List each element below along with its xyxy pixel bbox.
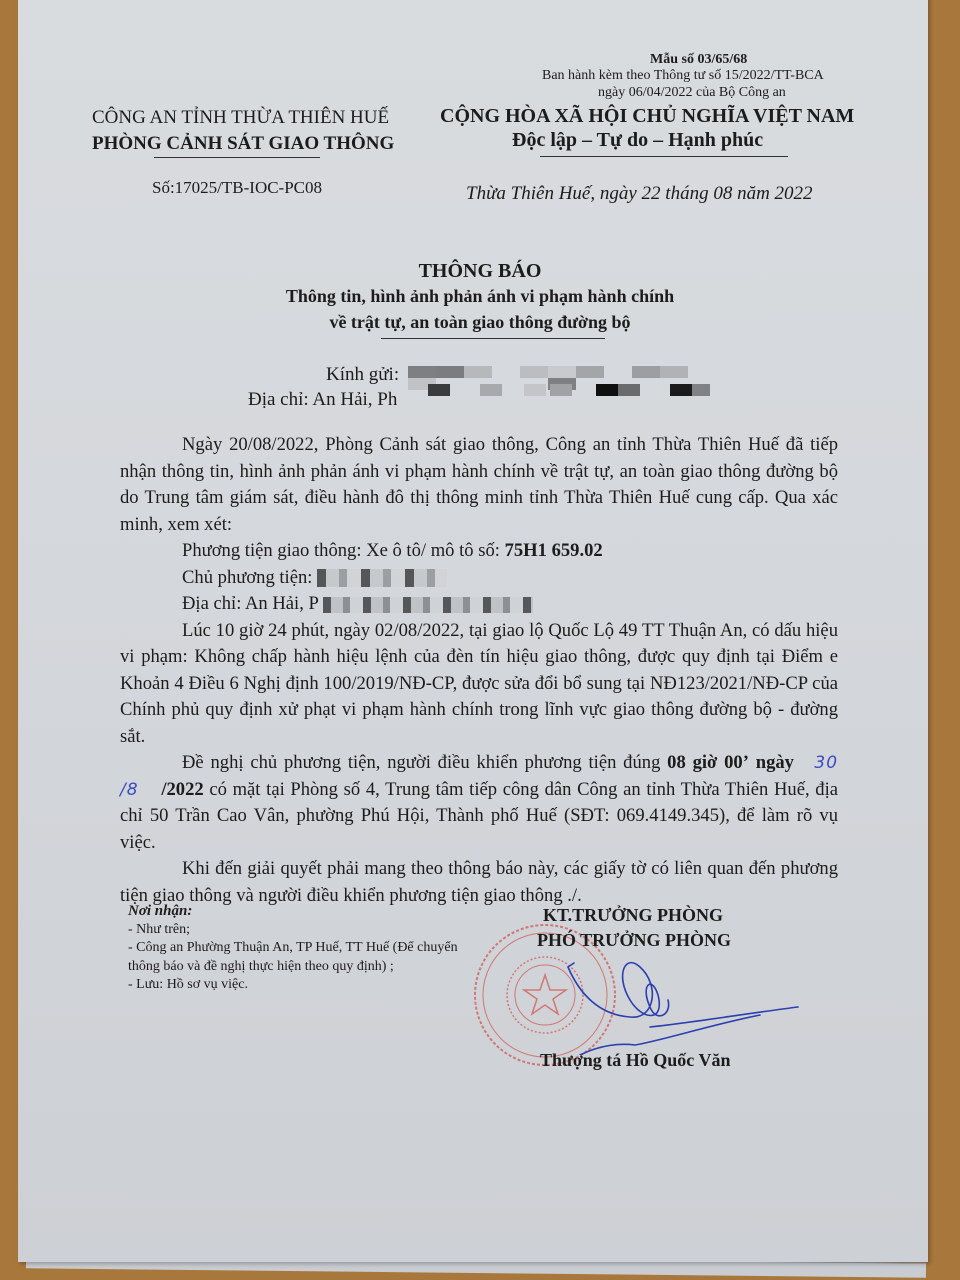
recipients-heading: Nơi nhận: — [128, 902, 468, 921]
document-subtitle-line1: Thông tin, hình ảnh phản ánh vi phạm hàn… — [0, 286, 960, 307]
recipient-item: - Công an Phường Thuận An, TP Huế, TT Hu… — [128, 939, 468, 976]
body-paragraph-3: Đề nghị chủ phương tiện, người điều khiể… — [120, 750, 838, 856]
vehicle-label: Phương tiện giao thông: Xe ô tô/ mô tô s… — [182, 540, 505, 561]
redacted-addressee-address — [420, 384, 710, 408]
recipients-block: Nơi nhận: - Như trên; - Công an Phường T… — [128, 902, 468, 995]
body-paragraph-1: Ngày 20/08/2022, Phòng Cảnh sát giao thô… — [120, 432, 838, 538]
motto-underline — [540, 156, 788, 157]
signer-name: Thượng tá Hồ Quốc Văn — [540, 1050, 730, 1071]
signature-title-1: KT.TRƯỞNG PHÒNG — [543, 905, 723, 926]
owner-label: Chủ phương tiện: — [182, 567, 317, 588]
document-number: Số:17025/TB-IOC-PC08 — [152, 178, 322, 198]
document-body: Ngày 20/08/2022, Phòng Cảnh sát giao thô… — [120, 432, 838, 909]
redacted-owner-address — [323, 597, 533, 613]
recipient-item: - Như trên; — [128, 921, 468, 940]
document-subtitle-line2: về trật tự, an toàn giao thông đường bộ — [0, 312, 960, 333]
recipient-item: - Lưu: Hồ sơ vụ việc. — [128, 976, 468, 995]
vehicle-line: Phương tiện giao thông: Xe ô tô/ mô tô s… — [120, 538, 838, 565]
addressee-label: Kính gửi: — [326, 364, 399, 386]
owner-line: Chủ phương tiện: — [120, 565, 838, 592]
appointment-time: 08 giờ 00’ — [667, 752, 749, 773]
place-date: Thừa Thiên Huế, ngày 22 tháng 08 năm 202… — [466, 183, 813, 205]
issuer-department: PHÒNG CẢNH SÁT GIAO THÔNG — [92, 133, 394, 155]
form-issued-with: Ban hành kèm theo Thông tư số 15/2022/TT… — [542, 68, 824, 84]
addressee-address: Địa chỉ: An Hải, Ph — [248, 389, 397, 411]
department-underline — [154, 157, 320, 158]
owner-address-label: Địa chỉ: An Hải, P — [182, 593, 318, 614]
form-issued-date: ngày 06/04/2022 của Bộ Công an — [598, 85, 786, 101]
national-motto: Độc lập – Tự do – Hạnh phúc — [512, 129, 763, 152]
nation-header: CỘNG HÒA XÃ HỘI CHỦ NGHĨA VIỆT NAM — [440, 105, 854, 128]
issuer-agency: CÔNG AN TỈNH THỪA THIÊN HUẾ — [92, 107, 389, 129]
document-title: THÔNG BÁO — [0, 260, 960, 283]
body-paragraph-2: Lúc 10 giờ 24 phút, ngày 02/08/2022, tại… — [120, 618, 838, 751]
appointment-year: /2022 — [161, 779, 203, 800]
redacted-owner-name — [317, 569, 447, 587]
handwritten-signature — [560, 945, 800, 1055]
handwritten-month: 8 — [127, 780, 139, 800]
form-code: Mẫu số 03/65/68 — [650, 52, 747, 68]
handwritten-day: 30 — [814, 753, 838, 773]
vehicle-plate: 75H1 659.02 — [505, 540, 603, 561]
subtitle-underline — [381, 338, 605, 339]
owner-address-line: Địa chỉ: An Hải, P — [120, 591, 838, 618]
